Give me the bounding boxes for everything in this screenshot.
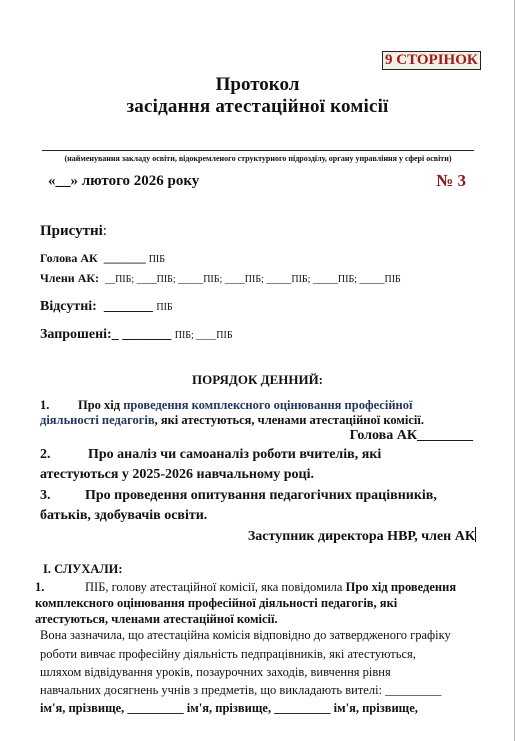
heard-line-2: комплексного оцінювання професійної діял…: [35, 596, 397, 611]
document-page: 9 СТОРІНОК Протокол засідання атестаційн…: [0, 0, 513, 741]
head-blank[interactable]: _______: [104, 251, 146, 265]
agenda-item-2-line-1: 2.Про аналіз чи самоаналіз роботи вчител…: [40, 447, 381, 463]
body-paragraph-line: роботи вивчає професійну діяльність педп…: [40, 647, 416, 662]
text-cursor: [475, 527, 476, 542]
absent-label: Відсутні:: [40, 299, 97, 314]
head-label: Голова АК: [40, 251, 98, 265]
agenda-item-2-line-2: атестуються у 2025-2026 навчальному році…: [40, 467, 314, 483]
agenda-item-1-line-1: 1.Про хід проведення комплексного оцінюв…: [40, 398, 412, 413]
present-heading: Присутні:: [40, 223, 107, 240]
heard-line-1: 1.ПІБ, голову атестаційної комісії, яка …: [35, 580, 456, 595]
body-paragraph-line: ім'я, прізвище, _________ ім'я, прізвище…: [40, 701, 418, 716]
protocol-date: «__» лютого 2026 року: [48, 173, 199, 190]
absent-row: Відсутні: _______ ПІБ: [40, 299, 173, 315]
agenda-item-3-line-2: батьків, здобувачів освіти.: [40, 508, 207, 524]
invited-row: Запрошені:_ _______ ПІБ; ____ПІБ: [40, 327, 233, 343]
agenda-responsible-head: Голова АК________: [350, 428, 473, 444]
agenda-item-3-line-1: 3.Про проведення опитування педагогічних…: [40, 488, 437, 504]
agenda-heading: ПОРЯДОК ДЕННИЙ:: [0, 372, 515, 388]
body-paragraph-line: Вона зазначила, що атестаційна комісія в…: [40, 628, 451, 643]
absent-blank[interactable]: _______: [104, 299, 153, 314]
body-paragraph-line: шляхом відвідування уроків, позаурочних …: [40, 665, 391, 680]
invited-pib: ПІБ; ____ПІБ: [175, 330, 233, 341]
heard-heading: I. СЛУХАЛИ:: [43, 562, 123, 577]
invited-blank[interactable]: :_ _______: [107, 327, 171, 342]
agenda-item-1-line-2: діяльності педагогів, які атестуються, ч…: [40, 413, 424, 428]
institution-caption: (найменування закладу освіти, відокремле…: [42, 154, 474, 163]
members-row: Члени АК: __ПІБ; ____ПІБ; _____ПІБ; ____…: [40, 271, 401, 286]
absent-pib: ПІБ: [156, 302, 172, 313]
institution-fill-line[interactable]: [42, 150, 474, 151]
protocol-number: № 3: [436, 171, 466, 191]
members-label: Члени АК:: [40, 271, 99, 285]
document-subtitle: засідання атестаційної комісії: [0, 96, 515, 118]
body-paragraph-line: навчальних досягнень учнів з предметів, …: [40, 683, 441, 698]
members-list[interactable]: __ПІБ; ____ПІБ; _____ПІБ; ____ПІБ; _____…: [105, 274, 401, 285]
agenda-responsible-deputy[interactable]: Заступник директора НВР, член АК: [248, 527, 476, 545]
present-label: Присутні: [40, 223, 103, 239]
head-of-commission-row: Голова АК _______ ПІБ: [40, 251, 165, 266]
heard-line-3: атестуються, членами атестаційної комісі…: [35, 612, 278, 627]
invited-label: Запрошені: [40, 327, 107, 342]
document-title: Протокол: [0, 74, 515, 96]
page-count-badge: 9 СТОРІНОК: [382, 51, 481, 70]
head-pib: ПІБ: [149, 254, 165, 265]
